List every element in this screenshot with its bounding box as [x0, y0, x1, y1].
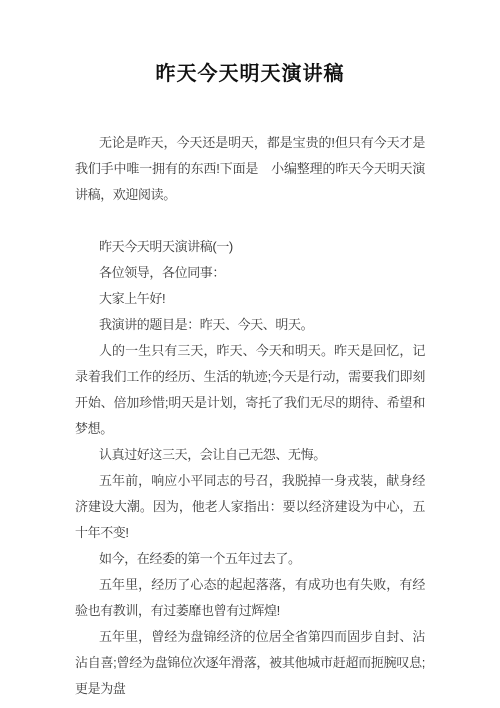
body-paragraph: 昨天今天明天演讲稿(一): [75, 234, 425, 260]
document-content: 昨天今天明天演讲稿 无论是昨天，今天还是明天，都是宝贵的!但只有今天才是我们手中…: [0, 0, 500, 702]
intro-paragraph: 无论是昨天，今天还是明天，都是宝贵的!但只有今天才是我们手中唯一拥有的东西!下面…: [75, 130, 425, 208]
body-paragraph: 五年里，经历了心态的起起落落，有成功也有失败，有经验也有教训，有过萎靡也曾有过辉…: [75, 572, 425, 624]
body-paragraph: 大家上午好!: [75, 286, 425, 312]
document-page: 昨天今天明天演讲稿 无论是昨天，今天还是明天，都是宝贵的!但只有今天才是我们手中…: [0, 0, 500, 708]
body-paragraph: 如今，在经委的第一个五年过去了。: [75, 546, 425, 572]
body-paragraph: 人的一生只有三天，昨天、今天和明天。昨天是回忆，记录着我们工作的经历、生活的轨迹…: [75, 338, 425, 442]
body-paragraph: 五年前，响应小平同志的号召，我脱掉一身戎装，献身经济建设大潮。因为，他老人家指出…: [75, 468, 425, 546]
body-paragraph: 我演讲的题目是：昨天、今天、明天。: [75, 312, 425, 338]
document-body: 昨天今天明天演讲稿(一)各位领导，各位同事：大家上午好!我演讲的题目是：昨天、今…: [75, 234, 425, 702]
body-paragraph: 各位领导，各位同事：: [75, 260, 425, 286]
body-paragraph: 认真过好这三天，会让自己无怨、无悔。: [75, 442, 425, 468]
document-title: 昨天今天明天演讲稿: [75, 0, 425, 88]
body-paragraph: 五年里，曾经为盘锦经济的位居全省第四而固步自封、沾沾自喜;曾经为盘锦位次逐年滑落…: [75, 624, 425, 702]
